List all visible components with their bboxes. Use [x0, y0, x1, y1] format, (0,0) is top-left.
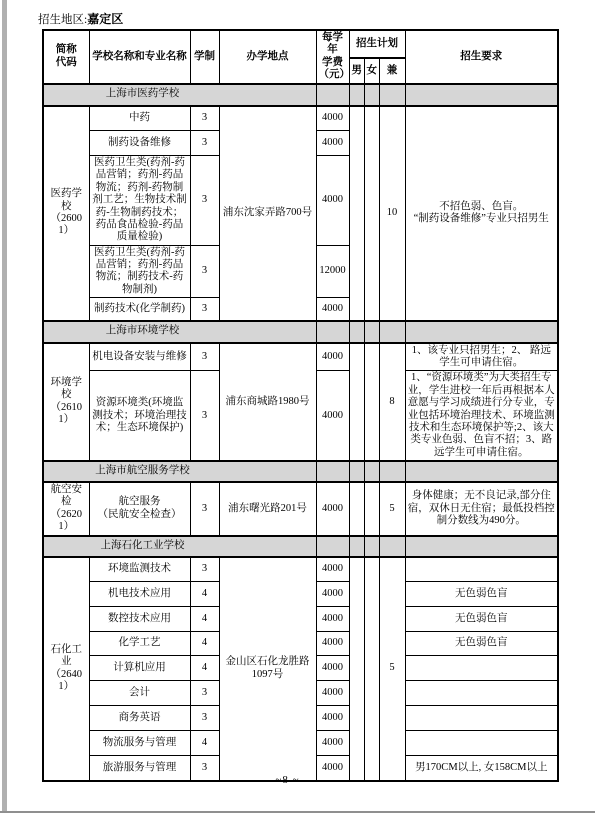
page-title: 招生地区:嘉定区 [38, 10, 123, 27]
cell-school-code: 环境学校 （26101） [43, 343, 89, 461]
cell-requirement: 无色弱色盲 [405, 607, 558, 632]
header-location: 办学地点 [219, 30, 316, 84]
cell-program-name: 计算机应用 [89, 656, 190, 681]
cell-years: 3 [190, 557, 219, 582]
page-number: ~8 ~ [0, 774, 575, 786]
cell-plan-both: 5 [379, 482, 405, 536]
cell-school-code: 石化工业 （26401） [43, 557, 89, 781]
cell-years: 3 [190, 371, 219, 461]
empty-cell [379, 84, 405, 106]
header-plan: 招生计划 [349, 30, 405, 58]
cell-years: 3 [190, 298, 219, 321]
cell-tuition: 4000 [316, 298, 349, 321]
cell-requirement: 无色弱色盲 [405, 632, 558, 656]
empty-cell [349, 461, 364, 482]
cell-plan-female [364, 343, 379, 461]
title-region: 嘉定区 [87, 12, 123, 26]
cell-requirement [405, 706, 558, 731]
cell-plan-male [349, 482, 364, 536]
cell-requirement: 不招色弱、色盲。 “制药设备维修”专业只招男生 [405, 106, 558, 321]
cell-requirement: 1、“资源环境类”为大类招生专业，学生进校一年后再根据本人意愿与学习成绩进行分专… [405, 371, 558, 461]
cell-years: 3 [190, 482, 219, 536]
cell-program-name: 机电设备安装与维修 [89, 343, 190, 371]
cell-program-name: 商务英语 [89, 706, 190, 731]
header-plan-female: 女 [364, 58, 379, 83]
cell-plan-female [364, 482, 379, 536]
cell-plan-both: 10 [379, 106, 405, 321]
empty-cell [349, 321, 364, 343]
cell-tuition: 4000 [316, 371, 349, 461]
cell-school-code: 航空安检 （26201） [43, 482, 89, 536]
cell-program-name: 航空服务 （民航安全检查） [89, 482, 190, 536]
cell-requirement: 1、该专业只招男生；2、 路远学生可申请住宿。 [405, 343, 558, 371]
empty-cell [379, 536, 405, 557]
section-school-name: 上海石化工业学校 [43, 536, 316, 557]
cell-program-name: 机电技术应用 [89, 582, 190, 607]
cell-requirement [405, 681, 558, 706]
header-requirements: 招生要求 [405, 30, 558, 84]
cell-tuition: 4000 [316, 343, 349, 371]
cell-location: 浦东商城路1980号 [219, 343, 316, 461]
cell-tuition: 4000 [316, 656, 349, 681]
header-tuition: 每学年 学费 （元） [316, 30, 349, 84]
cell-years: 4 [190, 607, 219, 632]
cell-plan-both: 8 [379, 343, 405, 461]
empty-cell [405, 461, 558, 482]
title-label: 招生地区: [38, 14, 87, 26]
cell-plan-male [349, 106, 364, 321]
empty-cell [316, 321, 349, 343]
cell-program-name: 医药卫生类(药剂-药品营销；药剂-药品物流；药剂-药物制剂工艺；生物技术制药-生… [89, 156, 190, 246]
cell-tuition: 4000 [316, 607, 349, 632]
empty-cell [405, 536, 558, 557]
empty-cell [364, 536, 379, 557]
cell-tuition: 4000 [316, 632, 349, 656]
section-header-row: 上海市航空服务学校 [43, 461, 558, 482]
empty-cell [379, 321, 405, 343]
cell-plan-male [349, 557, 364, 781]
cell-program-name: 化学工艺 [89, 632, 190, 656]
empty-cell [379, 461, 405, 482]
cell-years: 3 [190, 106, 219, 131]
cell-plan-male [349, 343, 364, 461]
header-name: 学校名称和专业名称 [89, 30, 190, 84]
header-plan-both: 兼 [379, 58, 405, 83]
empty-cell [349, 536, 364, 557]
table-row: 医药学校 （26001） 中药 3 浦东沈家弄路700号 4000 10 不招色… [43, 106, 558, 131]
table-row: 环境学校 （26101） 机电设备安装与维修 3 浦东商城路1980号 4000… [43, 343, 558, 371]
cell-years: 3 [190, 131, 219, 156]
section-header-row: 上海市医药学校 [43, 84, 558, 106]
empty-cell [405, 84, 558, 106]
cell-tuition: 4000 [316, 131, 349, 156]
cell-years: 3 [190, 681, 219, 706]
table-row: 航空安检 （26201） 航空服务 （民航安全检查） 3 浦东曙光路201号 4… [43, 482, 558, 536]
document-page: 招生地区:嘉定区 简称 代码 学校名称和专业名称 学制 办学地点 每学年 学费 … [0, 0, 595, 820]
empty-cell [349, 84, 364, 106]
section-header-row: 上海市环境学校 [43, 321, 558, 343]
cell-location: 金山区石化龙胜路 1097号 [219, 557, 316, 781]
cell-years: 3 [190, 245, 219, 298]
cell-plan-female [364, 106, 379, 321]
empty-cell [364, 84, 379, 106]
cell-program-name: 物流服务与管理 [89, 731, 190, 756]
empty-cell [364, 321, 379, 343]
cell-years: 4 [190, 656, 219, 681]
cell-tuition: 4000 [316, 156, 349, 246]
cell-requirement [405, 656, 558, 681]
empty-cell [316, 84, 349, 106]
cell-requirement: 无色弱色盲 [405, 582, 558, 607]
empty-cell [316, 461, 349, 482]
cell-requirement [405, 731, 558, 756]
header-years: 学制 [190, 30, 219, 84]
cell-tuition: 4000 [316, 582, 349, 607]
cell-program-name: 制药技术(化学制药) [89, 298, 190, 321]
cell-years: 3 [190, 156, 219, 246]
cell-program-name: 环境监测技术 [89, 557, 190, 582]
cell-program-name: 中药 [89, 106, 190, 131]
cell-years: 4 [190, 632, 219, 656]
cell-tuition: 4000 [316, 106, 349, 131]
cell-plan-both: 5 [379, 557, 405, 781]
cell-requirement [405, 557, 558, 582]
cell-tuition: 4000 [316, 557, 349, 582]
cell-program-name: 医药卫生类(药剂-药品营销；药剂-药品物流；制药技术-药物制剂) [89, 245, 190, 298]
section-school-name: 上海市航空服务学校 [43, 461, 316, 482]
section-school-name: 上海市环境学校 [43, 321, 316, 343]
empty-cell [316, 536, 349, 557]
page-scan-edge-bottom [0, 811, 595, 813]
cell-tuition: 4000 [316, 731, 349, 756]
section-header-row: 上海石化工业学校 [43, 536, 558, 557]
cell-location: 浦东沈家弄路700号 [219, 106, 316, 321]
cell-program-name: 数控技术应用 [89, 607, 190, 632]
cell-tuition: 4000 [316, 681, 349, 706]
admission-table: 简称 代码 学校名称和专业名称 学制 办学地点 每学年 学费 （元） 招生计划 … [42, 29, 559, 782]
cell-location: 浦东曙光路201号 [219, 482, 316, 536]
empty-cell [364, 461, 379, 482]
cell-requirement: 身体健康；无不良记录,部分住宿，双休日无住宿；最低投档控制分数线为490分。 [405, 482, 558, 536]
header-plan-male: 男 [349, 58, 364, 83]
cell-years: 3 [190, 706, 219, 731]
page-scan-edge-left [2, 0, 7, 812]
cell-plan-female [364, 557, 379, 781]
cell-program-name: 制药设备维修 [89, 131, 190, 156]
header-code: 简称 代码 [43, 30, 89, 84]
cell-years: 3 [190, 343, 219, 371]
cell-school-code: 医药学校 （26001） [43, 106, 89, 321]
table-row: 石化工业 （26401） 环境监测技术 3 金山区石化龙胜路 1097号 400… [43, 557, 558, 582]
cell-tuition: 12000 [316, 245, 349, 298]
cell-program-name: 资源环境类(环境监测技术；环境治理技术；生态环境保护) [89, 371, 190, 461]
cell-years: 4 [190, 731, 219, 756]
cell-tuition: 4000 [316, 482, 349, 536]
section-school-name: 上海市医药学校 [43, 84, 316, 106]
cell-years: 4 [190, 582, 219, 607]
empty-cell [405, 321, 558, 343]
cell-tuition: 4000 [316, 706, 349, 731]
cell-program-name: 会计 [89, 681, 190, 706]
